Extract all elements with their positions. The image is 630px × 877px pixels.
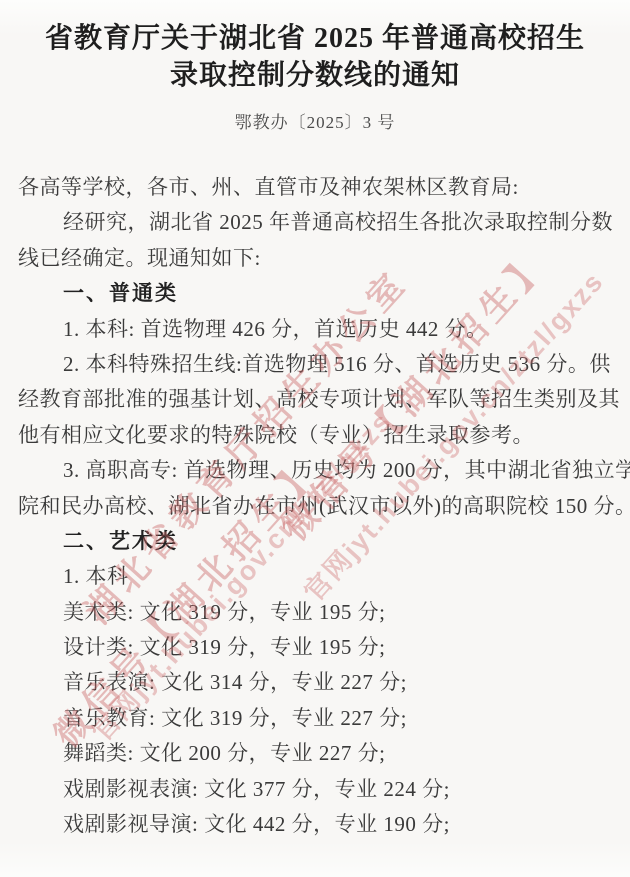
- document-text-line: 戏剧影视表演: 文化 377 分，专业 224 分;: [18, 772, 614, 807]
- document-text-line: 设计类: 文化 319 分，专业 195 分;: [18, 630, 614, 665]
- document-title-line1: 省教育厅关于湖北省 2025 年普通高校招生: [0, 20, 630, 57]
- document-text-line: 经教育部批准的强基计划、高校专项计划、军队等招生类别及其: [18, 382, 614, 417]
- document-text-line: 他有相应文化要求的特殊院校（专业）招生录取参考。: [18, 418, 614, 453]
- document-text-line: 线已经确定。现通知如下:: [18, 241, 614, 276]
- document-number: 鄂教办〔2025〕3 号: [0, 108, 630, 133]
- document-text-line: 戏剧影视导演: 文化 442 分，专业 190 分;: [18, 807, 614, 842]
- document-text-line: 各高等学校，各市、州、直管市及神农架林区教育局:: [18, 170, 614, 205]
- notice-document-page: 省教育厅关于湖北省 2025 年普通高校招生 录取控制分数线的通知 鄂教办〔20…: [0, 0, 630, 877]
- document-text-line: 2. 本科特殊招生线:首选物理 516 分、首选历史 536 分。供: [18, 347, 614, 382]
- document-text-line: 二、艺术类: [18, 524, 614, 559]
- document-text-line: 院和民办高校、湖北省办在市州(武汉市以外)的高职院校 150 分。: [18, 489, 614, 524]
- document-text-line: 美术类: 文化 319 分，专业 195 分;: [18, 595, 614, 630]
- document-text-line: 舞蹈类: 文化 200 分，专业 227 分;: [18, 736, 614, 771]
- document-text-line: 3. 高职高专: 首选物理、历史均为 200 分，其中湖北省独立学: [18, 453, 614, 488]
- document-text-line: 音乐教育: 文化 319 分，专业 227 分;: [18, 701, 614, 736]
- document-text-line: 一、普通类: [18, 276, 614, 311]
- document-text-line: 1. 本科: 首选物理 426 分，首选历史 442 分。: [18, 312, 614, 347]
- document-body: 各高等学校，各市、州、直管市及神农架林区教育局:经研究，湖北省 2025 年普通…: [18, 170, 614, 842]
- document-text-line: 经研究，湖北省 2025 年普通高校招生各批次录取控制分数: [18, 205, 614, 240]
- document-title: 省教育厅关于湖北省 2025 年普通高校招生 录取控制分数线的通知: [0, 20, 630, 94]
- document-text-line: 音乐表演: 文化 314 分，专业 227 分;: [18, 665, 614, 700]
- document-title-line2: 录取控制分数线的通知: [0, 57, 630, 94]
- document-text-line: 1. 本科: [18, 559, 614, 594]
